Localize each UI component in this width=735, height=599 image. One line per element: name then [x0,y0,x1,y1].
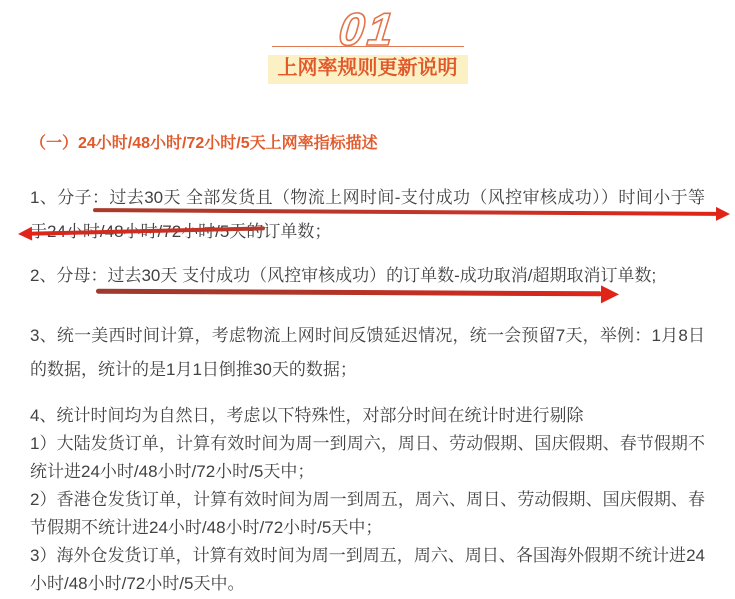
section-number-block: 01 [272,4,464,54]
list-item-mainland-orders: 1）大陆发货订单，计算有效时间为周一到周六，周日、劳动假期、国庆假期、春节假期不… [30,430,705,486]
paragraph-natural-day-rule: 4、统计时间均为自然日，考虑以下特殊性，对部分时间在统计时进行剔除 [30,402,705,430]
page-title: 上网率规则更新说明 [268,55,468,84]
section-heading: （一）24小时/48小时/72小时/5天上网率指标描述 [30,133,705,155]
paragraph-timezone-rule: 3、统一美西时间计算，考虑物流上网时间反馈延迟情况，统一会预留7天，举例：1月8… [30,319,705,387]
document-header: 01 上网率规则更新说明 [0,0,735,84]
list-item-overseas-orders: 3）海外仓发货订单，计算有效时间为周一到周五，周六、周日、各国海外假期不统计进2… [30,542,705,598]
list-item-hongkong-orders: 2）香港仓发货订单，计算有效时间为周一到周五，周六、周日、劳动假期、国庆假期、春… [30,486,705,542]
document-body: （一）24小时/48小时/72小时/5天上网率指标描述 1、分子：过去30天 全… [0,133,735,598]
section-number: 01 [336,4,398,54]
paragraph-calendar-rules: 4、统计时间均为自然日，考虑以下特殊性，对部分时间在统计时进行剔除 1）大陆发货… [30,402,705,598]
document-page: 01 上网率规则更新说明 （一）24小时/48小时/72小时/5天上网率指标描述… [0,0,735,599]
paragraph-numerator: 1、分子：过去30天 全部发货且（物流上网时间-支付成功（风控审核成功））时间小… [30,181,705,249]
paragraph-denominator: 2、分母：过去30天 支付成功（风控审核成功）的订单数-成功取消/超期取消订单数… [30,259,705,293]
